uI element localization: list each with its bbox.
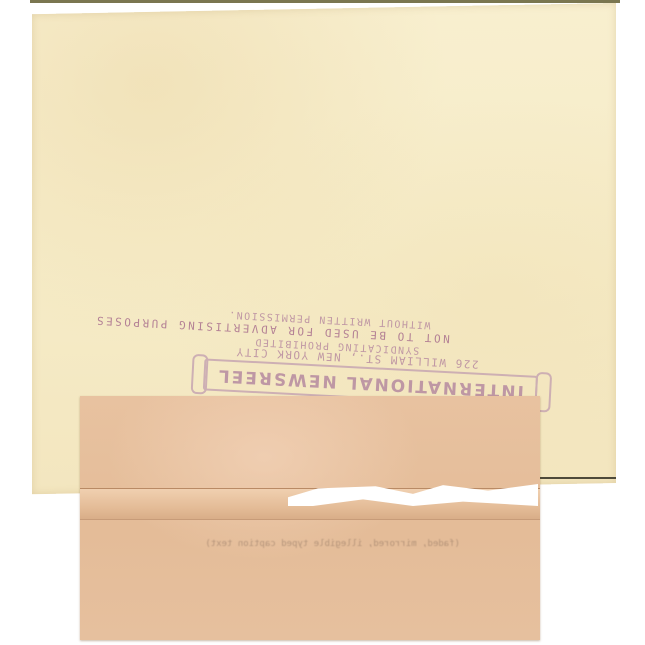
caption-slip-text: (faded, mirrored, illegible typed captio… (130, 538, 460, 550)
photo-top-edge (30, 0, 620, 3)
scroll-right-icon (191, 354, 209, 395)
photo-bottom-edge (540, 477, 616, 479)
agency-stamp: INTERNATIONAL NEWSREEL 226 WILLIAM ST., … (157, 258, 543, 408)
